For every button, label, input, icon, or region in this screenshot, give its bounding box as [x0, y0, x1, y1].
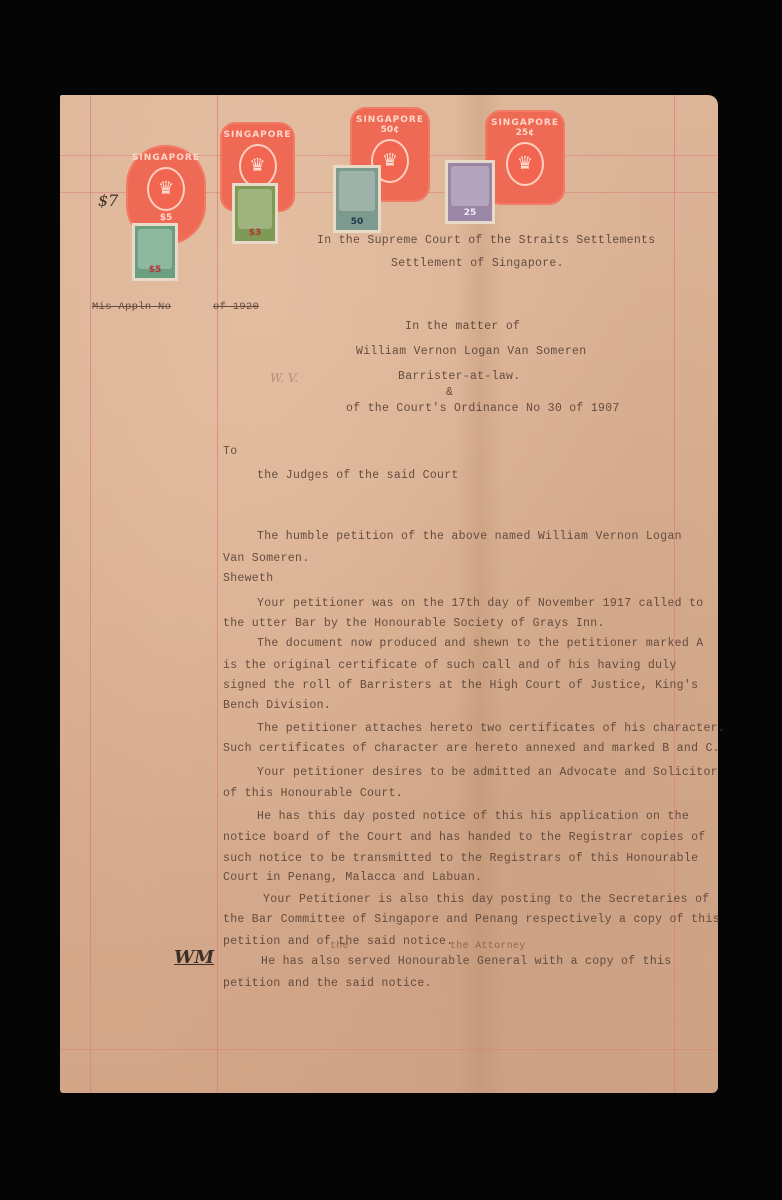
body-line: The petitioner attaches hereto two certi…	[257, 722, 725, 735]
king-portrait-icon	[138, 229, 172, 269]
body-line: petition and the said notice.	[223, 977, 432, 990]
body-line: Sheweth	[223, 572, 273, 585]
struck-appln-year: of 1920	[213, 301, 259, 313]
body-line: Van Someren.	[223, 552, 309, 565]
stamp-text: SINGAPORE	[126, 153, 206, 163]
crown-icon: ♛	[506, 142, 544, 186]
ampersand: &	[446, 386, 453, 399]
embossed-stamp-25-cent: SINGAPORE 25¢ ♛	[485, 110, 565, 205]
address-judges: the Judges of the said Court	[257, 469, 459, 482]
address-to: To	[223, 445, 237, 458]
king-portrait-icon	[238, 189, 272, 229]
handwritten-initials: WM	[174, 947, 214, 968]
stamp-value: 25	[448, 208, 492, 218]
adhesive-stamp-25-cent: 25	[445, 160, 495, 224]
footer-rule	[60, 1049, 718, 1050]
adhesive-stamp-50-cent: 50	[333, 165, 381, 233]
settlement-heading: Settlement of Singapore.	[391, 257, 564, 270]
body-line: is the original certificate of such call…	[223, 659, 677, 672]
king-portrait-icon	[451, 166, 489, 206]
court-heading: In the Supreme Court of the Straits Sett…	[317, 234, 655, 247]
body-line: Bench Division.	[223, 699, 331, 712]
body-line: Court in Penang, Malacca and Labuan.	[223, 871, 482, 884]
body-line: Your Petitioner is also this day posting…	[263, 893, 709, 906]
crown-icon: ♛	[239, 144, 277, 188]
faint-pencil-note: W. V.	[270, 371, 298, 385]
body-line: Your petitioner was on the 17th day of N…	[257, 597, 703, 610]
stamp-value: 50¢	[350, 125, 430, 135]
margin-rule-right	[674, 95, 675, 1093]
king-portrait-icon	[339, 171, 375, 211]
body-line: notice board of the Court and has handed…	[223, 831, 705, 844]
matter-line-1: In the matter of	[405, 320, 520, 333]
margin-rule-inner	[217, 95, 218, 1093]
document-page: SINGAPORE ♛ $5 $5 SINGAPORE ♛ $3 SINGAPO…	[60, 95, 718, 1093]
stamp-text: SINGAPORE	[220, 130, 295, 140]
stamp-text: SINGAPORE	[485, 118, 565, 128]
body-line: Such certificates of character are heret…	[223, 742, 720, 755]
crown-icon: ♛	[147, 167, 185, 211]
body-line: The document now produced and shewn to t…	[257, 637, 703, 650]
stamp-value: 50	[336, 217, 378, 227]
body-line: He has also served Honourable General wi…	[261, 955, 671, 968]
petitioner-name: William Vernon Logan Van Someren	[356, 345, 586, 358]
body-line: of this Honourable Court.	[223, 787, 403, 800]
body-line: such notice to be transmitted to the Reg…	[223, 852, 698, 865]
body-line: the utter Bar by the Honourable Society …	[223, 617, 605, 630]
stamp-value: $5	[126, 213, 206, 223]
ordinance-reference: of the Court's Ordinance No 30 of 1907	[346, 402, 620, 415]
stamp-value: $3	[235, 228, 275, 238]
body-line: He has this day posted notice of this hi…	[257, 810, 689, 823]
interlinear-insert-attorney: the Attorney	[450, 941, 526, 952]
body-line: The humble petition of the above named W…	[257, 530, 682, 543]
adhesive-stamp-3-dollar: $3	[232, 183, 278, 244]
adhesive-stamp-5-dollar: $5	[132, 223, 178, 281]
body-line: the Bar Committee of Singapore and Penan…	[223, 913, 720, 926]
body-line: signed the roll of Barristers at the Hig…	[223, 679, 698, 692]
struck-appln-number: Mis Appln No	[92, 301, 171, 313]
stamp-value: 25¢	[485, 128, 565, 138]
body-line: Your petitioner desires to be admitted a…	[257, 766, 718, 779]
handwritten-amount: $7	[98, 191, 118, 210]
petitioner-title: Barrister-at-law.	[398, 370, 520, 383]
stamp-text: SINGAPORE	[350, 115, 430, 125]
margin-rule-outer	[90, 95, 91, 1093]
interlinear-insert-the: the	[330, 941, 349, 952]
stamp-value: $5	[135, 265, 175, 275]
